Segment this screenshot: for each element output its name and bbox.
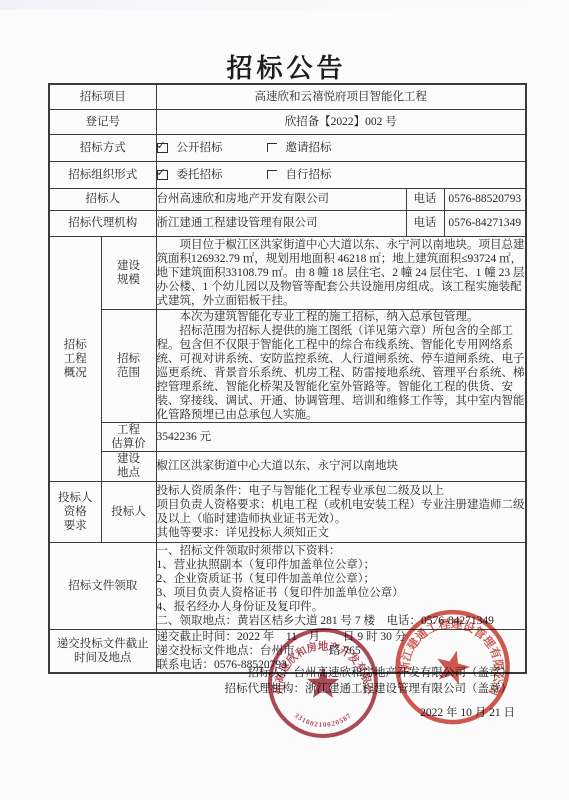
org-option-self: 自行招标 (286, 168, 332, 182)
scale-value: 项目位于椒江区洪家街道中心大道以东、永宁河以南地块。项目总建筑面积126932.… (156, 236, 526, 309)
table-row: 建设 地点 椒江区洪家街道中心大道以东、永宁河以南地块 (49, 451, 526, 481)
seal-star-icon (307, 667, 339, 698)
method-label: 招标方式 (49, 134, 156, 161)
tenderer-value: 台州高速欣和房地产开发有限公司 (156, 188, 406, 210)
table-row: 工程 估算价 3542236 元 (49, 422, 526, 451)
overview-label: 招标 工程 概况 (49, 236, 101, 481)
tenderer-label: 招标人 (49, 188, 156, 210)
scale-label: 建设 规模 (101, 236, 156, 309)
scan-artifact-strip (0, 0, 569, 10)
scanned-tender-announcement: 招标公告 招标项目 高速欣和云禧悦府项目智能化工程 登记号 欣招备【2022】0… (0, 0, 569, 800)
checkbox-unchecked-icon (267, 170, 277, 179)
table-row: 登记号 欣招备【2022】002 号 (49, 109, 526, 134)
table-row: 投标人 资格 要求 投标人 投标人资质条件：电子与智能化工程专业承包二级及以上 … (49, 481, 526, 542)
checkbox-checked-icon (157, 143, 168, 153)
scope-value: 本次为建筑智能化专业工程的施工招标，纳入总承包管理。 招标范围为招标人提供的施工… (156, 309, 526, 422)
qualification-sub-label: 投标人 (101, 481, 156, 542)
qualification-label: 投标人 资格 要求 (49, 481, 101, 542)
scope-label: 招标 范围 (101, 309, 156, 422)
table-row: 招标 工程 概况 建设 规模 项目位于椒江区洪家街道中心大道以东、永宁河以南地块… (49, 236, 526, 309)
agency-phone-value: 0576-84271349 (444, 210, 526, 236)
estimate-label: 工程 估算价 (101, 422, 156, 451)
estimate-value: 3542236 元 (156, 422, 526, 451)
agency-label: 招标代理机构 (49, 210, 156, 236)
registration-label: 登记号 (49, 109, 156, 134)
collection-label: 招标文件领取 (49, 542, 156, 629)
registration-value: 欣招备【2022】002 号 (156, 109, 526, 134)
org-form-options: 委托招标自行招标 (156, 161, 526, 188)
company-seal-icon: 台州高速欣和房地产开发有限公司 33100210020587 (266, 626, 380, 740)
checkbox-unchecked-icon (267, 143, 277, 152)
tenderer-phone-label: 电话 (406, 188, 444, 210)
method-options: 公开招标邀请招标 (156, 134, 526, 161)
checkbox-checked-icon (157, 170, 168, 180)
project-label: 招标项目 (49, 84, 156, 109)
method-option-public: 公开招标 (177, 141, 223, 155)
table-row: 招标组织形式 委托招标自行招标 (49, 161, 526, 188)
table-row: 招标人 台州高速欣和房地产开发有限公司 电话 0576-88520793 (49, 188, 526, 210)
qualification-value: 投标人资质条件：电子与智能化工程专业承包二级及以上 项目负责人资格要求：机电工程… (156, 481, 526, 542)
red-seal-tenderer: 台州高速欣和房地产开发有限公司 33100210020587 (266, 626, 380, 745)
table-row: 招标方式 公开招标邀请招标 (49, 134, 526, 161)
tender-info-table: 招标项目 高速欣和云禧悦府项目智能化工程 登记号 欣招备【2022】002 号 … (48, 83, 527, 674)
submission-label: 递交投标文件截止 时间及地点 (49, 629, 156, 673)
method-option-invite: 邀请招标 (286, 141, 332, 155)
table-row: 招标代理机构 浙江建通工程建设管理有限公司 电话 0576-84271349 (49, 210, 526, 236)
project-value: 高速欣和云禧悦府项目智能化工程 (156, 84, 526, 109)
tenderer-phone-value: 0576-88520793 (444, 188, 526, 210)
location-value: 椒江区洪家街道中心大道以东、永宁河以南地块 (156, 451, 526, 481)
location-label: 建设 地点 (101, 451, 156, 481)
agency-value: 浙江建通工程建设管理有限公司 (156, 210, 406, 236)
seal-number-arc-text: 33100210020587 (293, 711, 354, 729)
table-row: 招标 范围 本次为建筑智能化专业工程的施工招标，纳入总承包管理。 招标范围为招标… (49, 309, 526, 422)
org-form-label: 招标组织形式 (49, 161, 156, 188)
seal-star-icon (432, 646, 473, 686)
page-title: 招标公告 (48, 48, 525, 85)
table-row: 招标项目 高速欣和云禧悦府项目智能化工程 (49, 84, 526, 109)
svg-text:33100210020587: 33100210020587 (293, 711, 354, 729)
agency-phone-label: 电话 (406, 210, 444, 236)
org-option-delegate: 委托招标 (177, 168, 223, 182)
